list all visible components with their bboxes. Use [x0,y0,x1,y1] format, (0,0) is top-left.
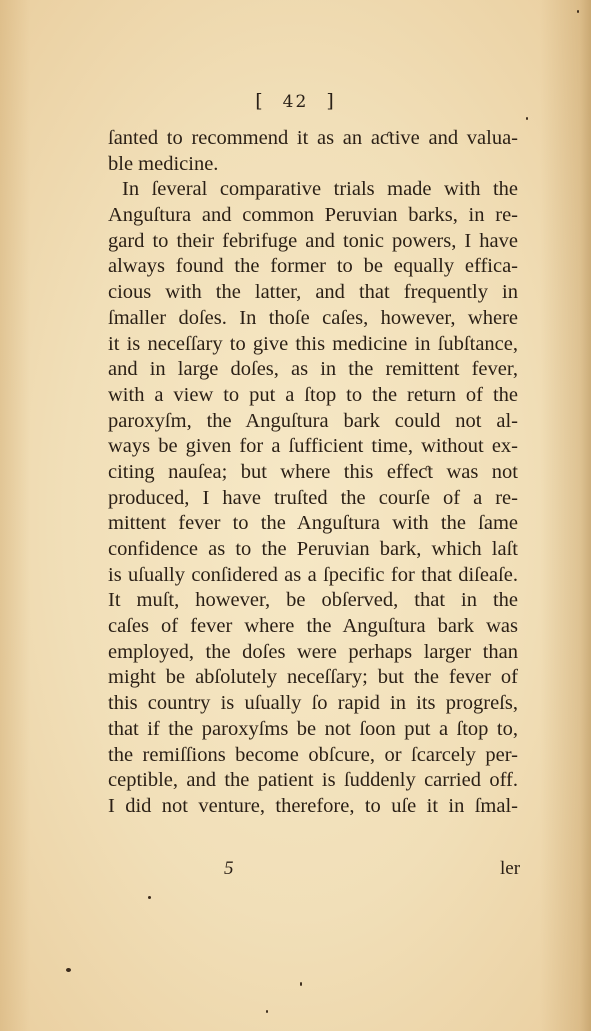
text-line: Anguſtura and common Peruvian barks, in … [108,203,518,229]
page-header: [ 42 ] [0,90,591,112]
text-line: citing nauſea; but where this effeƈt was… [108,460,518,486]
paper-speck [266,1010,268,1013]
paper-speck [300,982,302,986]
page-body: ſanted to recommend it as an aƈtive and … [108,126,518,820]
paper-speck [148,896,151,899]
catchword: ler [500,858,520,880]
text-line: ways be given for a ſufficient time, wit… [108,434,518,460]
text-line: It muſt, however, be obſerved, that in t… [108,588,518,614]
text-line: the remiſſions become obſcure, or ſcarce… [108,743,518,769]
text-line: cious with the latter, and that frequent… [108,280,518,306]
text-line: ſmaller doſes. In thoſe caſes, however, … [108,306,518,332]
text-line: produced, I have truſted the courſe of a… [108,486,518,512]
text-line: gard to their febrifuge and tonic powers… [108,229,518,255]
text-line: always found the former to be equally ef… [108,254,518,280]
text-line: ſanted to recommend it as an aƈtive and … [108,126,518,152]
text-line: mittent fever to the Anguſtura with the … [108,511,518,537]
text-line: ceptible, and the patient is ſuddenly ca… [108,768,518,794]
bracket-open: [ [255,90,264,112]
text-line: it is neceſſary to give this medicine in… [108,332,518,358]
text-line: that if the paroxyſms be not ſoon put a … [108,717,518,743]
text-line: this country is uſually ſo rapid in its … [108,691,518,717]
text-line: employed, the doſes were perhaps larger … [108,640,518,666]
page-footer: 5 ler [0,858,591,884]
text-line: might be abſolutely neceſſary; but the f… [108,665,518,691]
text-line: confidence as to the Peruvian bark, whic… [108,537,518,563]
text-line: caſes of fever where the Anguſtura bark … [108,614,518,640]
text-line: I did not venture, therefore, to uſe it … [108,794,518,820]
text-line: ble medicine. [108,152,518,178]
text-line: with a view to put a ſtop to the return … [108,383,518,409]
book-page: [ 42 ] ſanted to recommend it as an aƈti… [0,0,591,1031]
text-line: paroxyſm, the Anguſtura bark could not a… [108,409,518,435]
bracket-close: ] [326,90,335,112]
paper-speck [66,968,71,972]
signature-mark: 5 [224,858,234,880]
paper-speck [526,117,528,120]
text-line: and in large doſes, as in the remittent … [108,357,518,383]
page-number: 42 [283,92,309,112]
paper-speck [577,10,579,13]
text-line: In ſeveral comparative trials made with … [108,177,518,203]
text-line: is uſually conſidered as a ſpecific for … [108,563,518,589]
